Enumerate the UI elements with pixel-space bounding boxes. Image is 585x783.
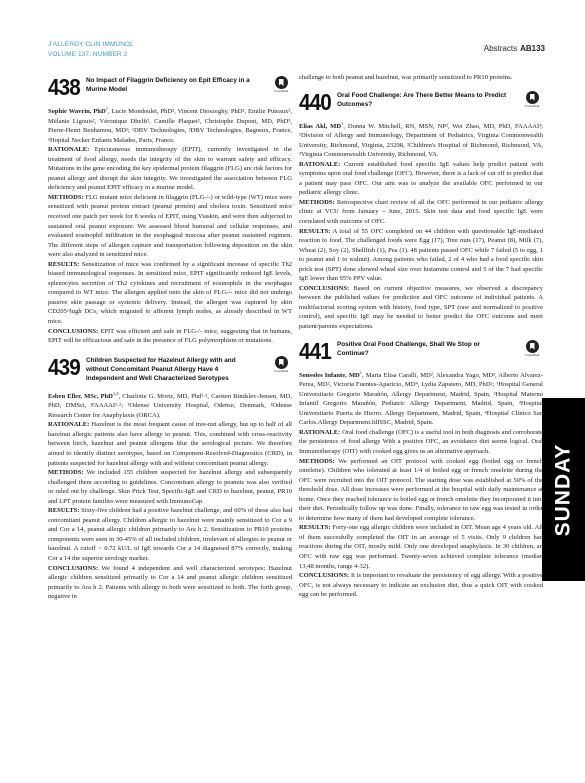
abstract-number: 438 (48, 76, 79, 98)
abstract-441: 441 Positive Oral Food Challenge, Shall … (299, 340, 543, 600)
left-column: 438 No Impact of Filaggrin Deficiency on… (48, 68, 292, 602)
abstract-header: 439 Children Suspected for Hazelnut Alle… (48, 356, 292, 383)
day-tab-label: SUNDAY (552, 443, 576, 536)
abstract-number: 440 (299, 91, 330, 113)
conclusions-section: CONCLUSIONS: EPIT was efficient and safe… (48, 327, 292, 346)
results-section: RESULTS: A total of 55 OFC completed on … (299, 227, 543, 284)
methods-section: METHODS: We included 155 children suspec… (48, 468, 292, 506)
journal-citation: J ALLERGY CLIN IMMUNOL VOLUME 137, NUMBE… (48, 40, 134, 60)
results-section: RESULTS: Forty-one egg allergic children… (299, 523, 543, 571)
lead-author: Elias Akl, MD (299, 123, 341, 130)
abstract-title: Children Suspected for Hazelnut Allergy … (86, 356, 256, 383)
methods-section: METHODS: Retrospective chart review of a… (299, 198, 543, 227)
author-list: Sonsoles Infante, MD1, Maria Elisa Caral… (299, 371, 543, 428)
abstract-440: 440 Oral Food Challenge: Are There Bette… (299, 91, 543, 332)
lead-author: Sonsoles Infante, MD (299, 372, 360, 379)
rationale-section: RATIONALE: Hazelnut is the most frequent… (48, 420, 292, 468)
crossmark-icon[interactable]: CrossMark (521, 91, 543, 108)
abstract-439: 439 Children Suspected for Hazelnut Alle… (48, 356, 292, 602)
abstract-number: 441 (299, 340, 330, 362)
abstract-header: 438 No Impact of Filaggrin Deficiency on… (48, 76, 292, 98)
abstract-header: 440 Oral Food Challenge: Are There Bette… (299, 91, 543, 113)
right-column: challenge to both peanut and hazelnut, w… (299, 73, 543, 600)
day-tab: SUNDAY (542, 398, 585, 581)
lead-author: Esben Eller, MSc, PhD (48, 393, 113, 400)
abstract-header: 441 Positive Oral Food Challenge, Shall … (299, 340, 543, 362)
page-number: AB133 (520, 44, 545, 53)
conclusions-section: CONCLUSIONS: It is important to revaluat… (299, 571, 543, 600)
abstract-title: No Impact of Filaggrin Deficiency on Epi… (86, 76, 256, 94)
conclusions-section: CONCLUSIONS: We found 4 independent and … (48, 564, 292, 602)
crossmark-icon[interactable]: CrossMark (521, 340, 543, 357)
abstract-title: Oral Food Challenge: Are There Better Me… (337, 91, 507, 109)
abstract-438: 438 No Impact of Filaggrin Deficiency on… (48, 76, 292, 346)
abstract-title: Positive Oral Food Challenge, Shall We S… (337, 340, 507, 358)
journal-volume: VOLUME 137, NUMBER 2 (48, 50, 134, 60)
journal-name: J ALLERGY CLIN IMMUNOL (48, 40, 134, 50)
results-section: RESULTS: Sensitization of mice was confi… (48, 260, 292, 327)
crossmark-icon[interactable]: CrossMark (270, 76, 292, 93)
crossmark-icon[interactable]: CrossMark (270, 356, 292, 373)
results-section: RESULTS: Sixty-five children had a posit… (48, 506, 292, 563)
author-list: Sophie Wavrin, PhD1, Lucie Mondoulet, Ph… (48, 107, 292, 145)
rationale-section: RATIONALE: Current established food spec… (299, 160, 543, 198)
abstract-number: 439 (48, 356, 79, 378)
rationale-section: RATIONALE: Epicutaneous immunotherapy (E… (48, 145, 292, 193)
continued-text: challenge to both peanut and hazelnut, w… (299, 73, 543, 83)
methods-section: METHODS: We performed an OIT protocol wi… (299, 457, 543, 524)
page-header: AbstractsAB133 (484, 44, 545, 53)
methods-section: METHODS: FLG mutant mice deficient in fi… (48, 193, 292, 260)
section-name: Abstracts (484, 44, 517, 53)
lead-author: Sophie Wavrin, PhD (48, 108, 106, 115)
conclusions-section: CONCLUSIONS: Based on current objective … (299, 284, 543, 332)
author-list: Elias Akl, MD1, Donna W. Mitchell, RN, M… (299, 122, 543, 160)
rationale-section: RATIONALE: Oral food challenge (OFC) is … (299, 428, 543, 457)
author-list: Esben Eller, MSc, PhD1,2, Charlotte G. M… (48, 392, 292, 421)
